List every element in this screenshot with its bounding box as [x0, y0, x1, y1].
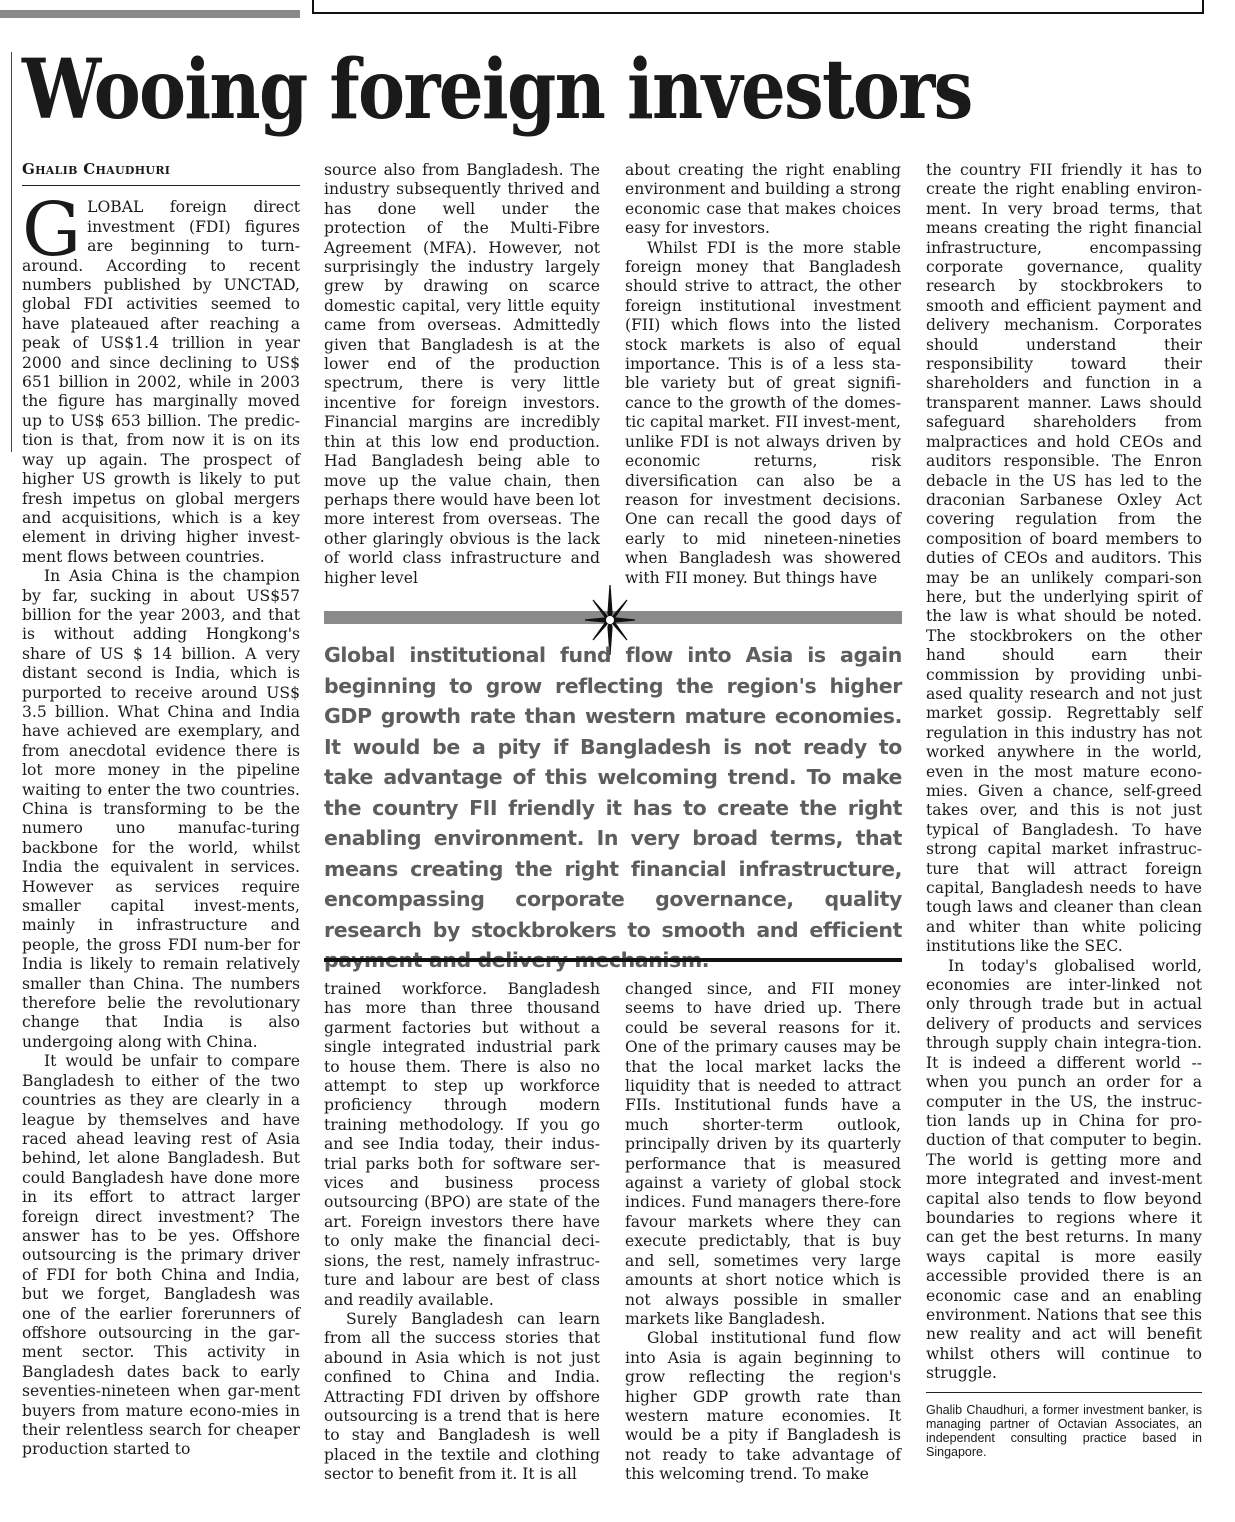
headline: Wooing foreign investors [22, 40, 972, 140]
author-name: Ghalib Chaudhuri [22, 160, 170, 178]
top-box-frame [312, 0, 1204, 14]
column-3-bottom: changed since, and FII money seems to ha… [625, 980, 901, 1485]
paragraph: trained workforce. Bangladesh has more t… [324, 980, 600, 1310]
paragraph: about creating the right enabling enviro… [625, 161, 901, 239]
author-bio: Ghalib Chaudhuri, a former investment ba… [926, 1403, 1202, 1459]
paragraph: It would be unfair to compare Bangladesh… [22, 1052, 300, 1460]
left-vertical-rule [11, 52, 12, 452]
lead-paragraph: GLOBAL foreign direct investment (FDI) f… [22, 198, 300, 567]
paragraph: the country FII friendly it has to creat… [926, 161, 1202, 957]
dropcap: G [22, 200, 81, 260]
column-4: the country FII friendly it has to creat… [926, 161, 1202, 1459]
column-2-top: source also from Bangladesh. The industr… [324, 161, 600, 588]
paragraph: In today's globalised world, economies a… [926, 957, 1202, 1384]
paragraph: In Asia China is the champion by far, su… [22, 567, 300, 1052]
paragraph: Global institutional fund flow into Asia… [625, 1329, 901, 1484]
top-grey-rule [0, 10, 300, 18]
pullquote-bottom-rule [324, 958, 902, 962]
column-1: Ghalib Chaudhuri GLOBAL foreign direct i… [22, 160, 300, 1460]
paragraph: Surely Bangladesh can learn from all the… [324, 1310, 600, 1485]
paragraph: source also from Bangladesh. The industr… [324, 161, 600, 588]
paragraph: Whilst FDI is the more stable foreign mo… [625, 239, 901, 588]
bio-divider: Ghalib Chaudhuri, a former investment ba… [926, 1392, 1202, 1459]
column-3-top: about creating the right enabling enviro… [625, 161, 901, 588]
column-2-bottom: trained workforce. Bangladesh has more t… [324, 980, 600, 1485]
byline: Ghalib Chaudhuri [22, 160, 300, 186]
pull-quote: Global institutional fund flow into Asia… [324, 640, 902, 976]
paragraph: changed since, and FII money seems to ha… [625, 980, 901, 1329]
